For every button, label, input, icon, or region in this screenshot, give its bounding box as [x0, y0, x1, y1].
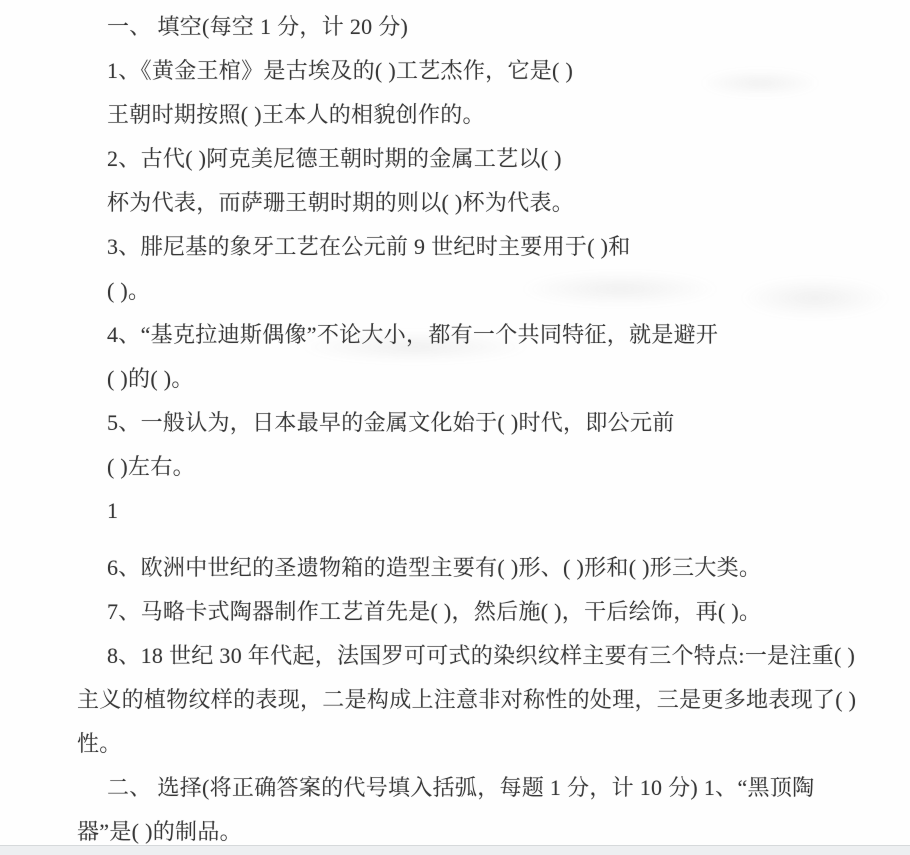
continuation-line: ( )左右。: [107, 445, 906, 489]
document-page: 一、 填空(每空 1 分，计 20 分) 1、《黄金王棺》是古埃及的( )工艺杰…: [0, 0, 910, 855]
question-line: 3、腓尼基的象牙工艺在公元前 9 世纪时主要用于( )和: [107, 225, 906, 269]
question-line: 6、欧洲中世纪的圣遗物箱的造型主要有( )形、( )形和( )形三大类。: [107, 546, 906, 590]
question-line: 4、“基克拉迪斯偶像”不论大小，都有一个共同特征，就是避开: [107, 313, 906, 357]
continuation-line: 王朝时期按照( )王本人的相貌创作的。: [107, 93, 906, 137]
bottom-bar: [0, 845, 910, 855]
continuation-line: 杯为代表，而萨珊王朝时期的则以( )杯为代表。: [107, 181, 906, 225]
continuation-line: ( )。: [107, 269, 906, 313]
document-content: 一、 填空(每空 1 分，计 20 分) 1、《黄金王棺》是古埃及的( )工艺杰…: [77, 5, 906, 854]
continuation-line: ( )的( )。: [107, 357, 906, 401]
continuation-line: 性。: [77, 722, 906, 766]
page-number: 1: [107, 489, 906, 533]
question-line: 1、《黄金王棺》是古埃及的( )工艺杰作，它是( ): [107, 49, 906, 93]
section-heading-fill-in-blanks: 一、 填空(每空 1 分，计 20 分): [107, 5, 906, 49]
section-heading-multiple-choice: 二、 选择(将正确答案的代号填入括弧，每题 1 分，计 10 分) 1、“黑顶陶: [107, 766, 906, 810]
question-line: 2、古代( )阿克美尼德王朝时期的金属工艺以( ): [107, 137, 906, 181]
question-line: 8、18 世纪 30 年代起，法国罗可可式的染织纹样主要有三个特点:一是注重( …: [107, 634, 906, 678]
continuation-line: 主义的植物纹样的表现，二是构成上注意非对称性的处理，三是更多地表现了( ): [77, 678, 906, 722]
question-line: 7、马略卡式陶器制作工艺首先是( )，然后施( )，干后绘饰，再( )。: [107, 590, 906, 634]
question-line: 5、一般认为，日本最早的金属文化始于( )时代，即公元前: [107, 401, 906, 445]
